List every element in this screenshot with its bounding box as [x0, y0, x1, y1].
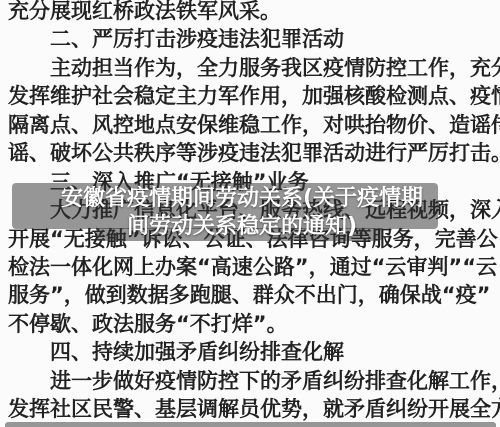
caption-title-line1: 安徽省疫情期间劳动关系(关于疫情期	[30, 185, 454, 213]
document-text-line: 检法一体化网上办案“高速公路”，通过“云审判”“云	[8, 253, 496, 281]
caption-title-line2: 间劳动关系稳定的通知)	[30, 213, 454, 241]
document-text-line: 发挥维护社会稳定主力军作用，加强核酸检测点、疫情	[8, 82, 496, 110]
document-text-line: 四、持续加强矛盾纠纷排查化解	[8, 338, 496, 366]
article-page: 充分展现红桥政法铁军风采。二、严厉打击涉疫违法犯罪活动主动担当作为，全力服务我区…	[0, 0, 500, 427]
document-text-line: 发挥社区民警、基层调解员优势，就矛盾纠纷开展全方	[8, 395, 496, 423]
document-text-line: 服务”，做到数据多跑腿、群众不出门，确保战“疫”	[8, 281, 496, 309]
document-text-line: 谣、破坏公共秩序等涉疫违法犯罪活动进行严厉打击。	[8, 139, 496, 167]
document-text-line: 不停歇、政法服务“不打烊”。	[8, 310, 496, 338]
bottom-partial-banner	[5, 422, 496, 427]
document-text-line: 进一步做好疫情防控下的矛盾纠纷排查化解工作，	[8, 367, 496, 395]
document-text-line: 二、严厉打击涉疫违法犯罪活动	[8, 25, 496, 53]
document-text-line: 主动担当作为，全力服务我区疫情防控工作，充分	[8, 54, 496, 82]
caption-title: 安徽省疫情期间劳动关系(关于疫情期 间劳动关系稳定的通知)	[30, 185, 454, 241]
document-text-line: 隔离点、风控地点安保维稳工作，对哄抬物价、造谣传	[8, 111, 496, 139]
document-text-line: 充分展现红桥政法铁军风采。	[8, 0, 496, 25]
